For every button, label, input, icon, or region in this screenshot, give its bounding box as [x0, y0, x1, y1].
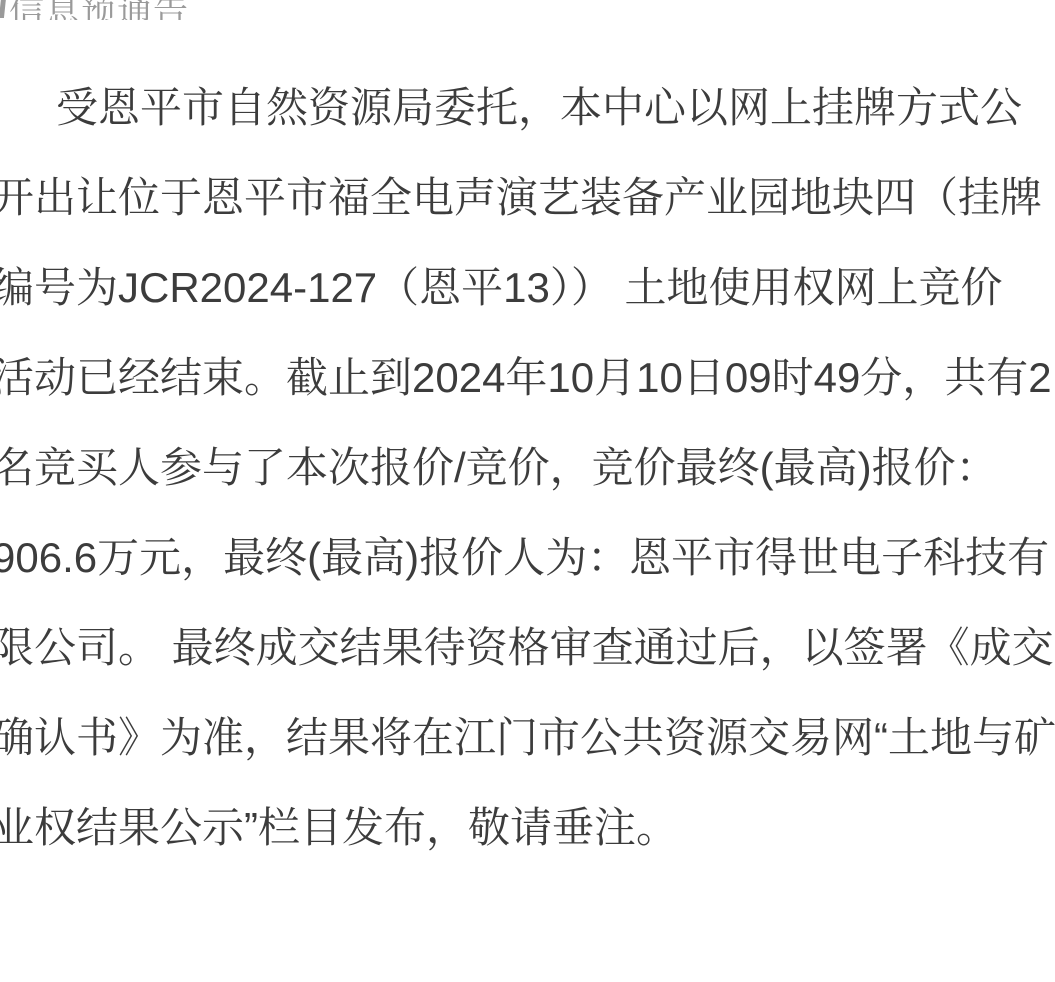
notice-line-4: 活动已经结束。截止到2024年10月10日09时49分，共有2	[0, 333, 1055, 423]
notice-line-3: 编号为JCR2024-127（恩平13）） 土地使用权网上竞价	[0, 243, 1055, 333]
notice-line-2: 开出让位于恩平市福全电声演艺装备产业园地块四（挂牌	[0, 153, 1055, 243]
notice-line-9: 业权结果公示”栏目发布，敬请垂注。	[0, 783, 1055, 873]
notice-line-8: 确认书》为准，结果将在江门市公共资源交易网“土地与矿	[0, 693, 1055, 783]
notice-line-6: 906.6万元，最终(最高)报价人为：恩平市得世电子科技有	[0, 513, 1055, 603]
page-header: 信息预通告	[0, 0, 500, 20]
notice-line-1: 受恩平市自然资源局委托，本中心以网上挂牌方式公	[0, 63, 1055, 153]
notice-body: 受恩平市自然资源局委托，本中心以网上挂牌方式公 开出让位于恩平市福全电声演艺装备…	[0, 63, 1055, 873]
page-title: 信息预通告	[9, 0, 500, 20]
cropped-character-fragment	[0, 0, 6, 18]
notice-line-7: 限公司。 最终成交结果待资格审查通过后，以签署《成交	[0, 603, 1055, 693]
announcement-page: 信息预通告 受恩平市自然资源局委托，本中心以网上挂牌方式公 开出让位于恩平市福全…	[0, 0, 1055, 982]
notice-line-5: 名竞买人参与了本次报价/竞价，竞价最终(最高)报价：	[0, 423, 1055, 513]
